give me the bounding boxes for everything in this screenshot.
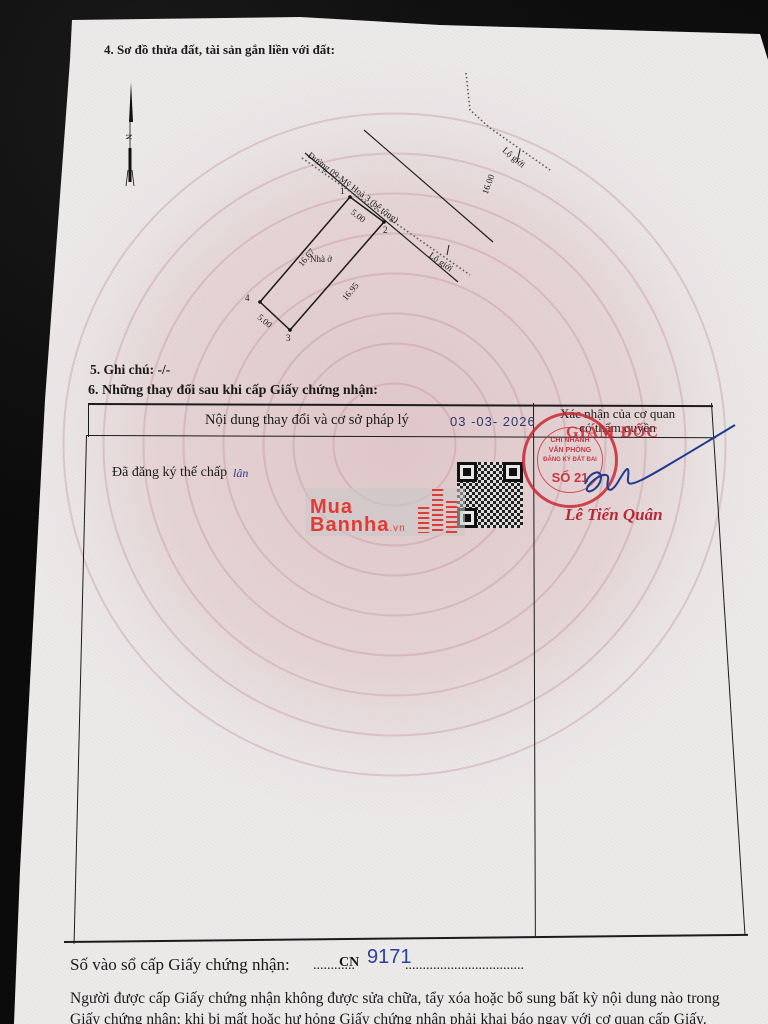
notice-line-2: Giấy chứng nhận; khi bị mất hoặc hư hỏng… (70, 1011, 707, 1024)
signer-name: Lê Tiến Quân (565, 505, 663, 525)
notice-line-1: Người được cấp Giấy chứng nhận không đượ… (70, 990, 720, 1008)
signature (0, 0, 768, 560)
registry-label: Số vào sổ cấp Giấy chứng nhận: (70, 955, 290, 975)
registry-prefix: CN (339, 955, 359, 971)
registry-dots-tail: .................................. (405, 958, 524, 974)
